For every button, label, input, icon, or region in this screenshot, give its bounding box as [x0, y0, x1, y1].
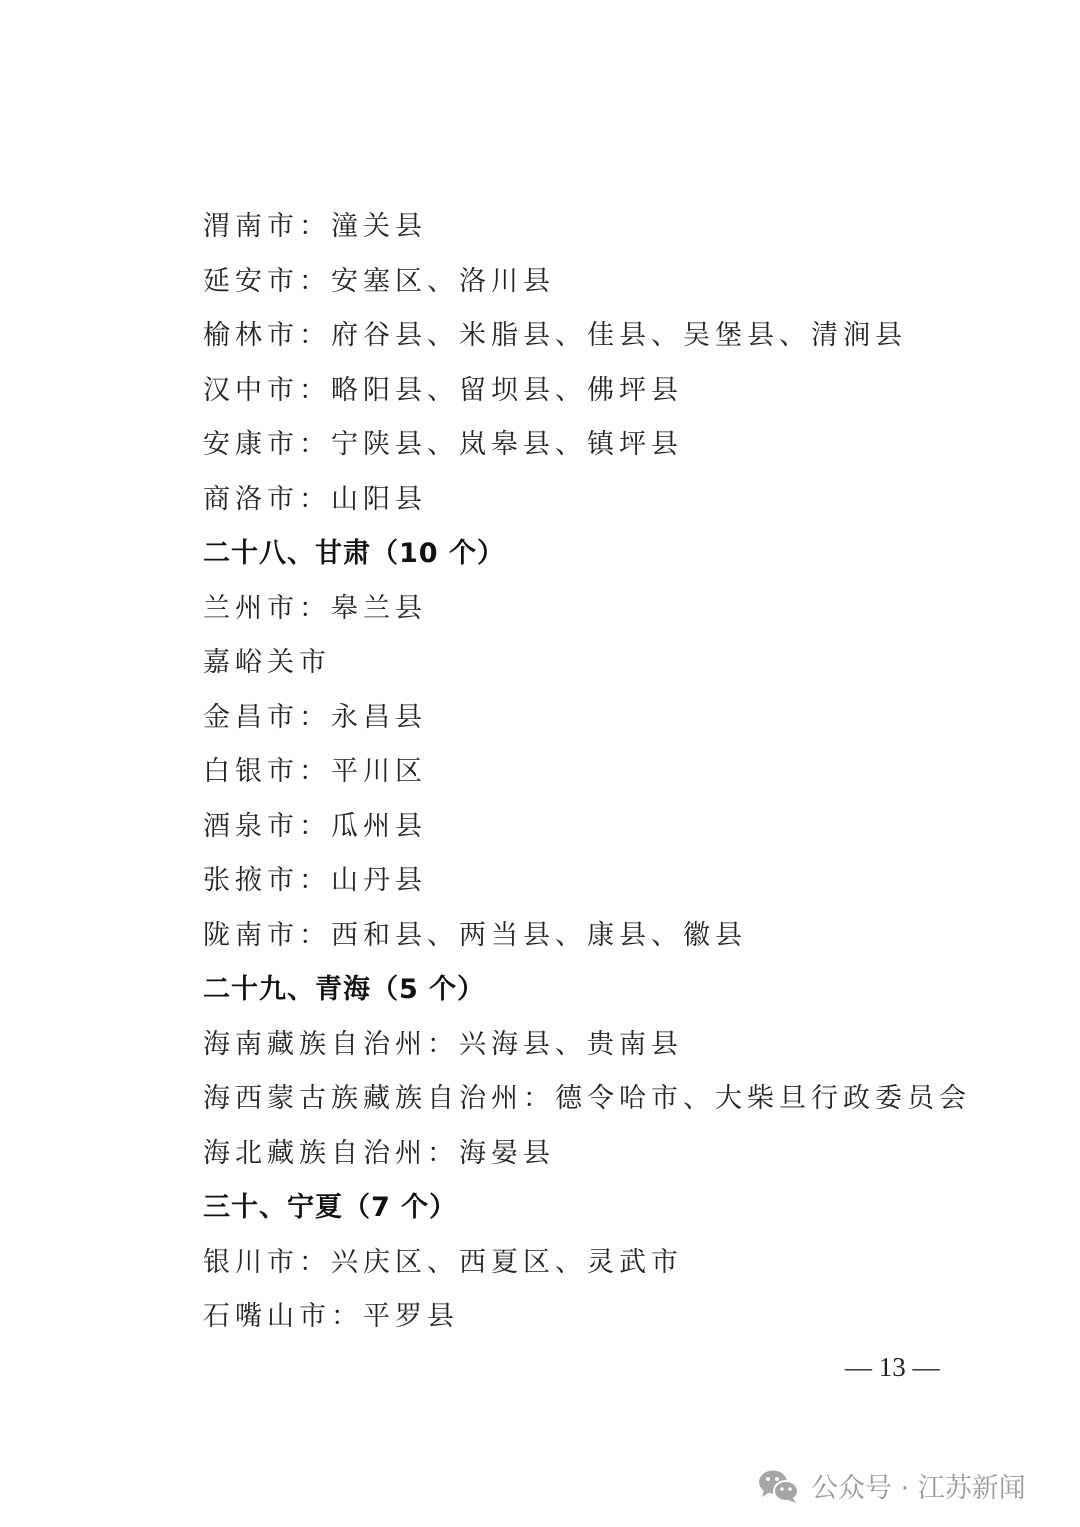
section-heading-ningxia: 三十、宁夏（7 个） — [203, 1181, 963, 1236]
list-entry-haixi-prefecture: 海西蒙古族藏族自治州：德令哈市、大柴旦行政委员会 — [203, 1072, 963, 1127]
list-entry-yanan: 延安市：安塞区、洛川县 — [203, 255, 963, 310]
watermark-text: 公众号 · 江苏新闻 — [811, 1466, 1026, 1505]
section-heading-gansu: 二十八、甘肃（10 个） — [203, 527, 963, 582]
list-entry-hanzhong: 汉中市：略阳县、留坝县、佛坪县 — [203, 364, 963, 419]
list-entry-zhangye: 张掖市：山丹县 — [203, 854, 963, 909]
list-entry-haibei-prefecture: 海北藏族自治州：海晏县 — [203, 1127, 963, 1182]
list-entry-jinchang: 金昌市：永昌县 — [203, 691, 963, 746]
list-entry-yinchuan: 银川市：兴庆区、西夏区、灵武市 — [203, 1236, 963, 1291]
list-entry-yulin: 榆林市：府谷县、米脂县、佳县、吴堡县、清涧县 — [203, 309, 963, 364]
list-entry-jiayuguan: 嘉峪关市 — [203, 636, 963, 691]
section-heading-qinghai: 二十九、青海（5 个） — [203, 963, 963, 1018]
list-entry-longnan: 陇南市：西和县、两当县、康县、徽县 — [203, 909, 963, 964]
list-entry-lanzhou: 兰州市：皋兰县 — [203, 582, 963, 637]
list-entry-weinan: 渭南市：潼关县 — [203, 200, 963, 255]
list-entry-jiuquan: 酒泉市：瓜州县 — [203, 800, 963, 855]
watermark: 公众号 · 江苏新闻 — [757, 1466, 1026, 1505]
page-number: — 13 — — [845, 1352, 940, 1383]
document-page: 渭南市：潼关县 延安市：安塞区、洛川县 榆林市：府谷县、米脂县、佳县、吴堡县、清… — [0, 0, 1080, 1527]
list-entry-shizuishan: 石嘴山市：平罗县 — [203, 1290, 963, 1345]
list-entry-hainan-prefecture: 海南藏族自治州：兴海县、贵南县 — [203, 1018, 963, 1073]
document-body: 渭南市：潼关县 延安市：安塞区、洛川县 榆林市：府谷县、米脂县、佳县、吴堡县、清… — [203, 200, 963, 1345]
wechat-icon — [757, 1468, 801, 1504]
list-entry-shangluo: 商洛市：山阳县 — [203, 473, 963, 528]
list-entry-baiyin: 白银市：平川区 — [203, 745, 963, 800]
list-entry-ankang: 安康市：宁陕县、岚皋县、镇坪县 — [203, 418, 963, 473]
